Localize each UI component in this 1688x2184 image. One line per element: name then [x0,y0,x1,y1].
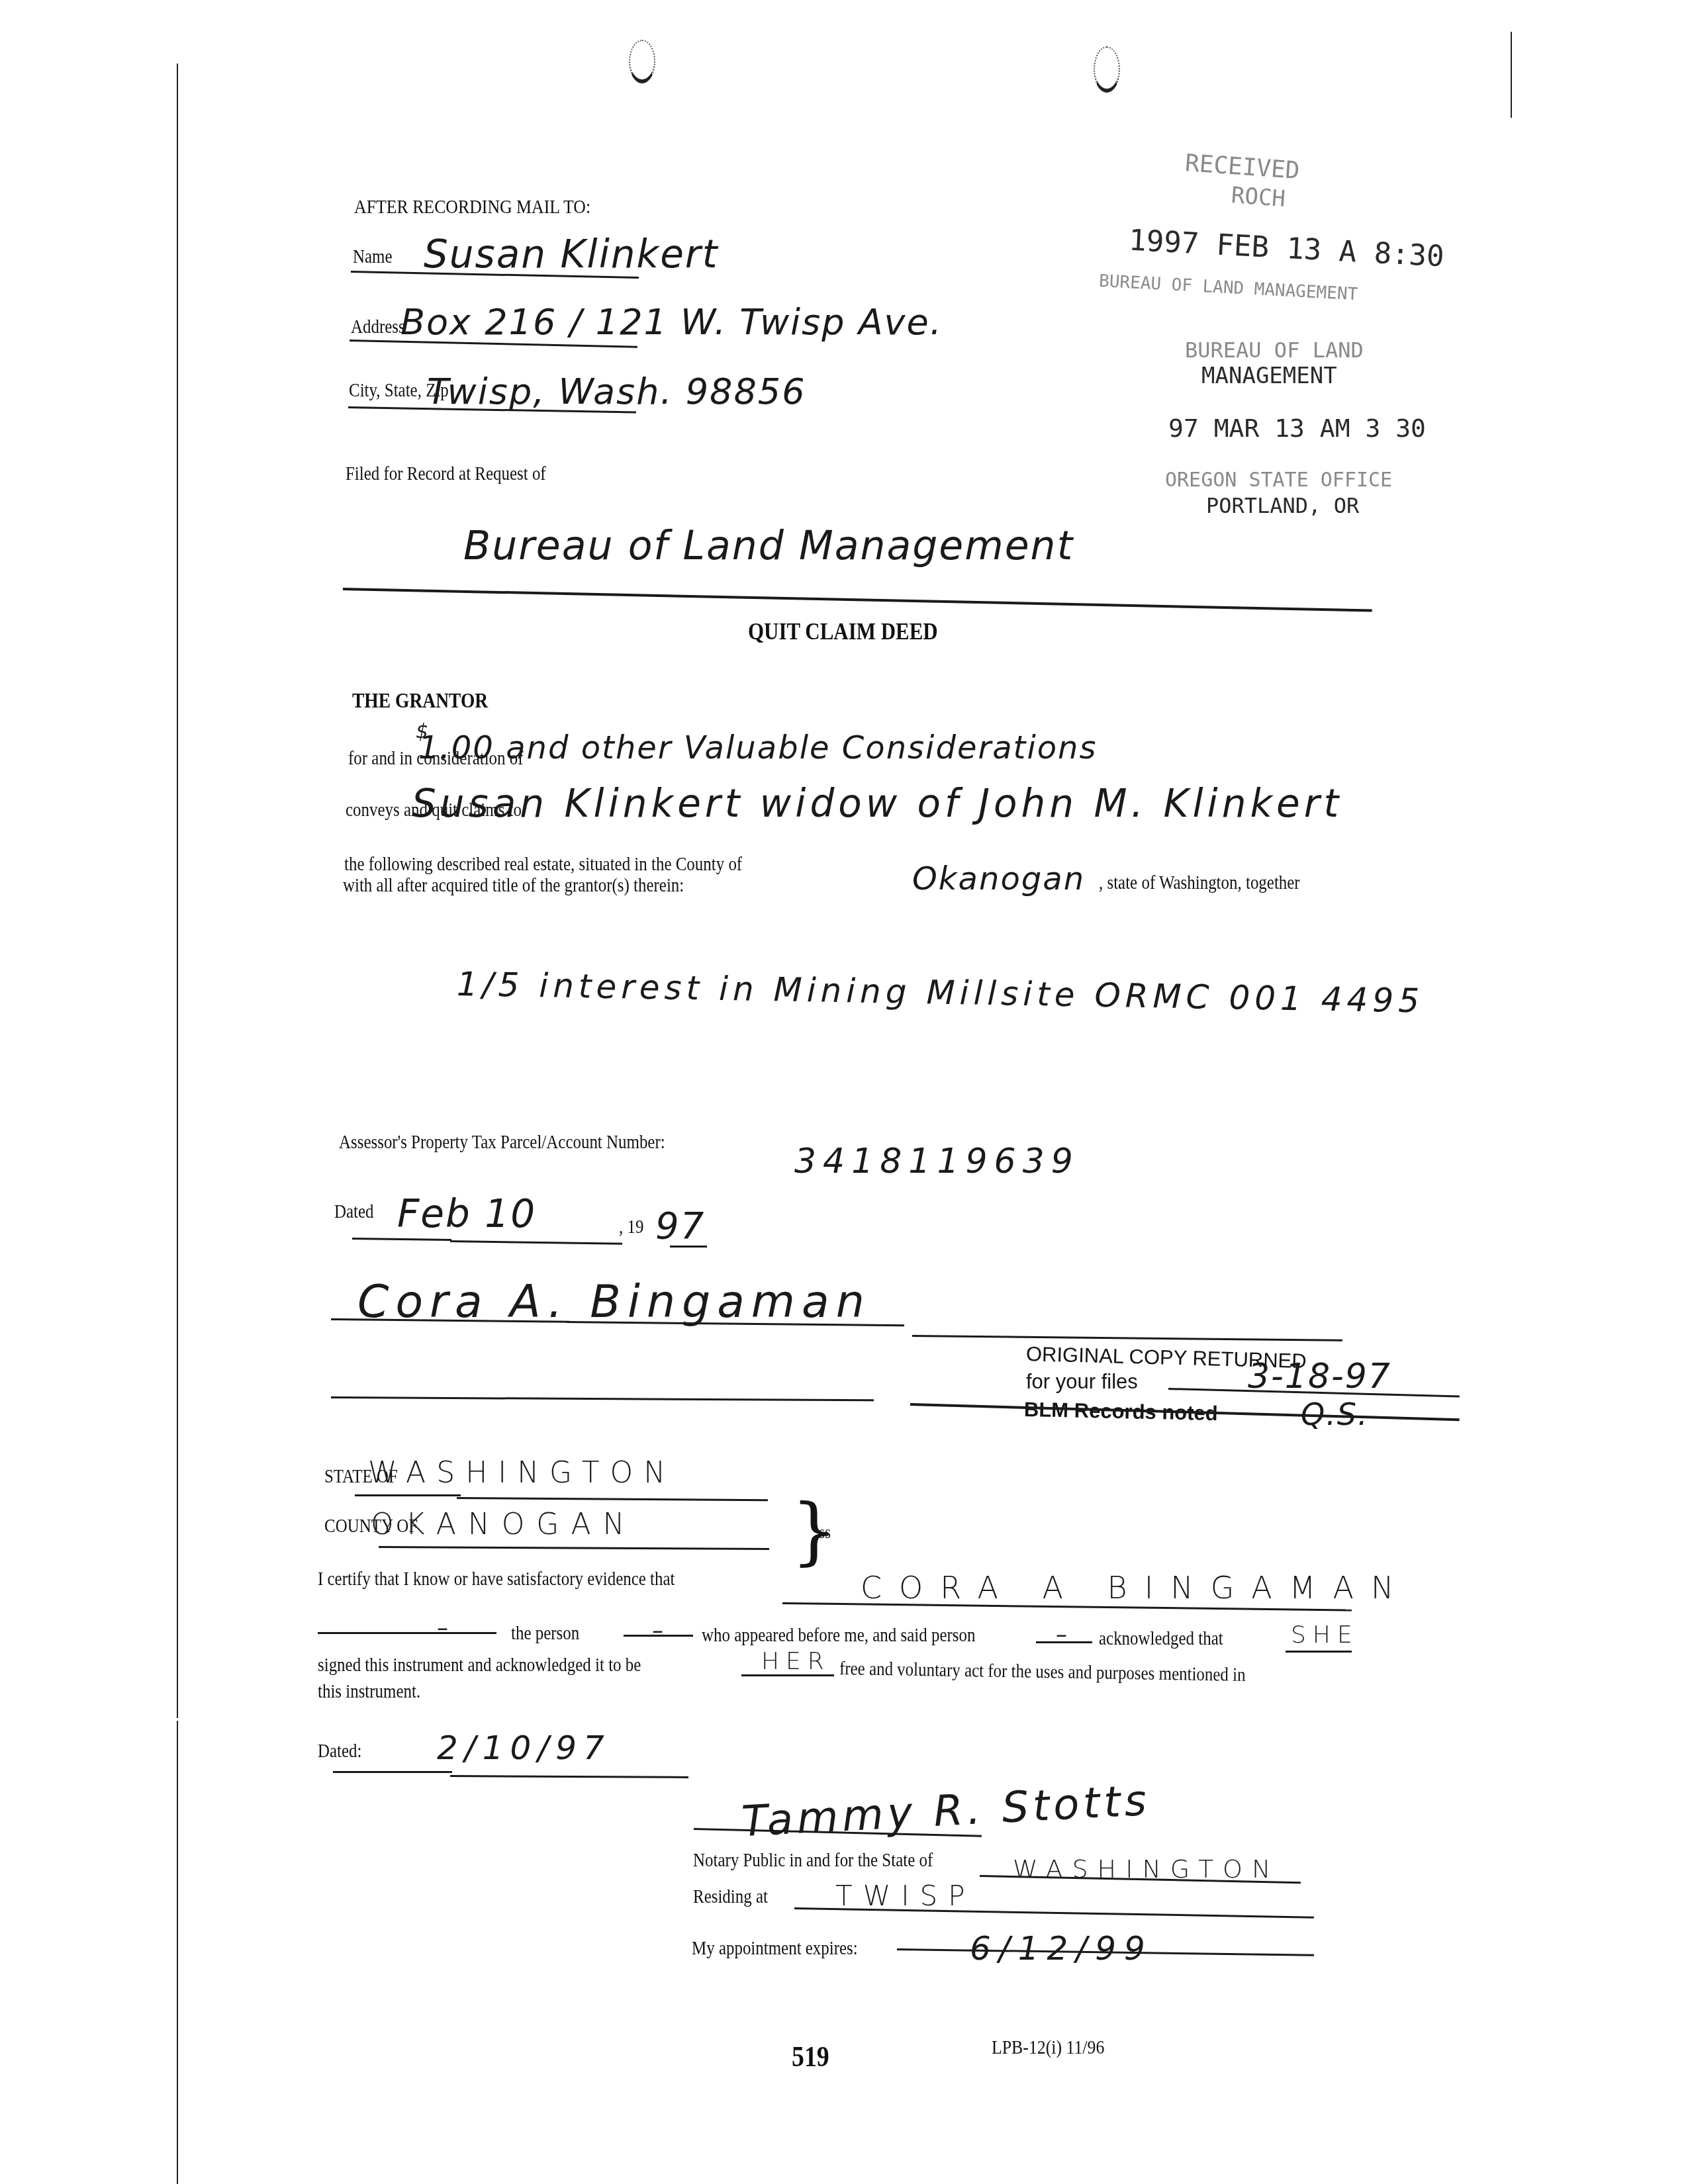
ack-pronoun-underline [1286,1651,1352,1653]
ack-blank1-underline [318,1632,496,1634]
ack-pronoun-field[interactable]: SHE [1291,1621,1359,1649]
parcel-number-field[interactable]: 3418119639 [794,1142,1080,1181]
ack-dated-label: Dated: [318,1741,361,1762]
ack-county-field[interactable]: OKANOGAN [371,1508,636,1541]
returned-stamp-files-label: for your files [1026,1370,1138,1394]
grantee-field[interactable]: Susan Klinkert widow of John M. Klinkert [412,781,1342,826]
ack-free-act-text: free and voluntary act for the uses and … [839,1658,1246,1686]
year-field[interactable]: 97 [655,1205,705,1248]
received-stamp-line1: RECEIVED [1184,150,1301,185]
residing-field[interactable]: TWISP [835,1880,976,1912]
parcel-number-label: Assessor's Property Tax Parcel/Account N… [339,1132,665,1154]
dated-underline [352,1238,451,1241]
ack-possessive-field[interactable]: HER [761,1648,831,1675]
residing-underline [794,1907,1314,1919]
ack-acknowledged-that-text: acknowledged that [1099,1628,1223,1650]
filed-for-record-field[interactable]: Bureau of Land Management [463,523,1074,569]
page-number: 519 [792,2040,829,2073]
year-prefix: , 19 [619,1216,643,1238]
residing-label: Residing at [693,1886,768,1908]
ack-possessive-underline [741,1674,834,1676]
name-label: Name [353,246,393,268]
blm-stamp-office: OREGON STATE OFFICE [1165,469,1392,492]
scan-margin-line-right [1511,32,1512,118]
ack-certify-text: I certify that I know or have satisfacto… [318,1569,675,1590]
filed-for-record-underline [343,588,1372,612]
address-field[interactable]: Box 216 / 121 W. Twisp Ave. [400,301,943,343]
received-stamp-line2: ROCH [1231,182,1286,212]
received-stamp-agency: BUREAU OF LAND MANAGEMENT [1098,271,1358,304]
ack-state-underline-2 [457,1497,768,1501]
hole-punch-left [629,40,655,83]
second-signature-line-right [912,1335,1342,1342]
appointment-expires-label: My appointment expires: [692,1938,858,1960]
ack-state-field[interactable]: WASHINGTON [368,1456,676,1490]
ack-signed-text: signed this instrument and acknowledged … [318,1655,641,1676]
ack-person-field[interactable]: CORA A BINGAMAN [861,1570,1411,1606]
blm-stamp-city: PORTLAND, OR [1206,493,1359,518]
dated-field[interactable]: Feb 10 [397,1191,536,1236]
ack-dated-field[interactable]: 2/10/97 [437,1729,611,1767]
name-field[interactable]: Susan Klinkert [424,232,718,277]
form-code: LPB-12(i) 11/96 [992,2036,1104,2059]
ack-blank3-field[interactable]: – [1056,1621,1068,1648]
mailing-heading: AFTER RECORDING MAIL TO: [354,196,590,218]
ack-county-underline [379,1546,769,1550]
property-description-field[interactable]: 1/5 interest in Mining Millsite ORMC 001… [456,965,1424,1020]
second-signature-line-left [331,1396,874,1401]
ack-state-underline [355,1494,461,1496]
ack-blank2-field[interactable]: – [652,1617,665,1644]
blm-stamp-line1: BUREAU OF LAND [1185,338,1364,363]
dated-underline-2 [450,1240,622,1245]
city-state-zip-field[interactable]: Twisp, Wash. 98856 [427,371,806,412]
returned-stamp-records-initials[interactable]: Q.S. [1301,1396,1369,1432]
real-estate-text-line1: the following described real estate, sit… [344,854,742,876]
returned-stamp-files-date[interactable]: 3-18-97 [1248,1357,1391,1396]
blm-stamp-date: 97 MAR 13 AM 3 30 [1168,414,1426,443]
state-of-washington-suffix: , state of Washington, together [1099,872,1300,894]
ack-dated-underline-2 [450,1775,688,1778]
hole-punch-right [1094,46,1120,93]
real-estate-text-line2: with all after acquired title of the gra… [343,875,684,897]
scan-margin-line-left-bottom [177,1721,178,2184]
ack-the-person-text: the person [511,1623,579,1645]
county-field[interactable]: Okanogan [912,860,1085,897]
ack-ss: ss [819,1522,831,1543]
deed-title: QUIT CLAIM DEED [748,617,938,645]
appointment-expires-field[interactable]: 6/12/99 [970,1929,1153,1968]
address-label: Address [351,316,405,338]
year-underline [670,1246,707,1248]
grantor-heading: THE GRANTOR [352,688,488,713]
blm-stamp-line2: MANAGEMENT [1201,363,1337,389]
scan-margin-line-left [177,64,178,1718]
consideration-field[interactable]: 1.00 and other Valuable Considerations [418,729,1098,766]
notary-state-label: Notary Public in and for the State of [693,1850,933,1872]
ack-this-instrument-text: this instrument. [318,1681,420,1703]
received-stamp-date: 1997 FEB 13 A 8:30 [1128,224,1445,274]
ack-who-appeared-text: who appeared before me, and said person [702,1625,975,1647]
dated-label: Dated [334,1201,374,1223]
ack-blank1-field[interactable]: – [437,1615,449,1641]
filed-for-record-label: Filed for Record at Request of [346,463,546,485]
ack-dated-underline [333,1771,452,1773]
